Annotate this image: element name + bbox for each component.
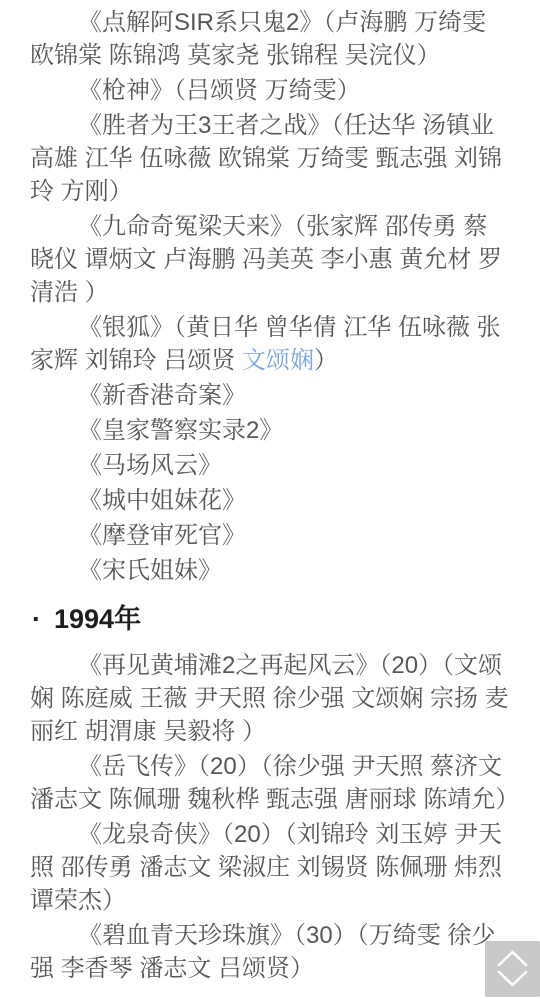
year-heading: ·1994年 bbox=[30, 601, 510, 637]
bullet-dot: · bbox=[32, 601, 41, 637]
entry-text: 《碧血青天珍珠旗》（30）（万绮雯 徐少强 李香琴 潘志文 吕颂贤） bbox=[30, 922, 495, 982]
filmography-entry: 《皇家警察实录2》 bbox=[30, 414, 510, 447]
entry-text: 《再见黄埔滩2之再起风云》（20）（文颂娴 陈庭威 王薇 尹天照 徐少强 文颂娴… bbox=[30, 652, 509, 745]
entry-text: 《点解阿SIR系只鬼2》（卢海鹏 万绮雯 欧锦棠 陈锦鸿 莫家尧 张锦程 吴浣仪… bbox=[30, 9, 486, 69]
chevron-up-icon[interactable] bbox=[499, 952, 526, 965]
filmography-entry: 《新香港奇案》 bbox=[30, 379, 510, 412]
entry-text: 《马场风云》 bbox=[78, 452, 222, 479]
entry-text: 《皇家警察实录2》 bbox=[78, 417, 283, 444]
filmography-entry: 《再见黄埔滩2之再起风云》（20）（文颂娴 陈庭威 王薇 尹天照 徐少强 文颂娴… bbox=[30, 649, 510, 748]
filmography-entry: 《碧血青天珍珠旗》（30）（万绮雯 徐少强 李香琴 潘志文 吕颂贤） bbox=[30, 919, 510, 985]
entry-text: 《胜者为王3王者之战》（任达华 汤镇业 高雄 江华 伍咏薇 欧锦棠 万绮雯 甄志… bbox=[30, 112, 502, 205]
entry-text: 《摩登审死官》 bbox=[78, 522, 246, 549]
entry-text: 《新香港奇案》 bbox=[78, 382, 246, 409]
filmography-entry: 《银狐》（黄日华 曾华倩 江华 伍咏薇 张家辉 刘锦玲 吕颂贤 文颂娴） bbox=[30, 311, 510, 377]
filmography-entry: 《岳飞传》（20）（徐少强 尹天照 蔡济文 潘志文 陈佩珊 魏秋桦 甄志强 唐丽… bbox=[30, 750, 510, 816]
entry-text: 《九命奇冤梁天来》（张家辉 邵传勇 蔡晓仪 谭炳文 卢海鹏 冯美英 李小惠 黄允… bbox=[30, 213, 502, 306]
filmography-entry: 《宋氏姐妹》 bbox=[30, 554, 510, 587]
article-body: 《点解阿SIR系只鬼2》（卢海鹏 万绮雯 欧锦棠 陈锦鸿 莫家尧 张锦程 吴浣仪… bbox=[0, 0, 540, 985]
year-label: 1994年 bbox=[54, 604, 141, 634]
filmography-entry: 《摩登审死官》 bbox=[30, 519, 510, 552]
entry-text: 《宋氏姐妹》 bbox=[78, 557, 222, 584]
filmography-entry: 《胜者为王3王者之战》（任达华 汤镇业 高雄 江华 伍咏薇 欧锦棠 万绮雯 甄志… bbox=[30, 109, 510, 208]
entry-text: 《龙泉奇侠》（20）（刘锦玲 刘玉婷 尹天照 邵传勇 潘志文 梁淑庄 刘锡贤 陈… bbox=[30, 821, 502, 914]
entry-text: 《岳飞传》（20）（徐少强 尹天照 蔡济文 潘志文 陈佩珊 魏秋桦 甄志强 唐丽… bbox=[30, 753, 519, 813]
filmography-entry: 《枪神》（吕颂贤 万绮雯） bbox=[30, 74, 510, 107]
page-scroll-widget[interactable] bbox=[485, 941, 540, 997]
filmography-entry: 《城中姐妹花》 bbox=[30, 484, 510, 517]
entry-text: 《城中姐妹花》 bbox=[78, 487, 246, 514]
entry-text: 《枪神》（吕颂贤 万绮雯） bbox=[78, 77, 361, 104]
person-link[interactable]: 文颂娴 bbox=[242, 347, 314, 374]
filmography-entry: 《九命奇冤梁天来》（张家辉 邵传勇 蔡晓仪 谭炳文 卢海鹏 冯美英 李小惠 黄允… bbox=[30, 210, 510, 309]
entry-text: ） bbox=[314, 347, 338, 374]
filmography-entry: 《点解阿SIR系只鬼2》（卢海鹏 万绮雯 欧锦棠 陈锦鸿 莫家尧 张锦程 吴浣仪… bbox=[30, 6, 510, 72]
filmography-entry: 《龙泉奇侠》（20）（刘锦玲 刘玉婷 尹天照 邵传勇 潘志文 梁淑庄 刘锡贤 陈… bbox=[30, 818, 510, 917]
filmography-entry: 《马场风云》 bbox=[30, 449, 510, 482]
chevron-down-icon[interactable] bbox=[499, 972, 526, 985]
